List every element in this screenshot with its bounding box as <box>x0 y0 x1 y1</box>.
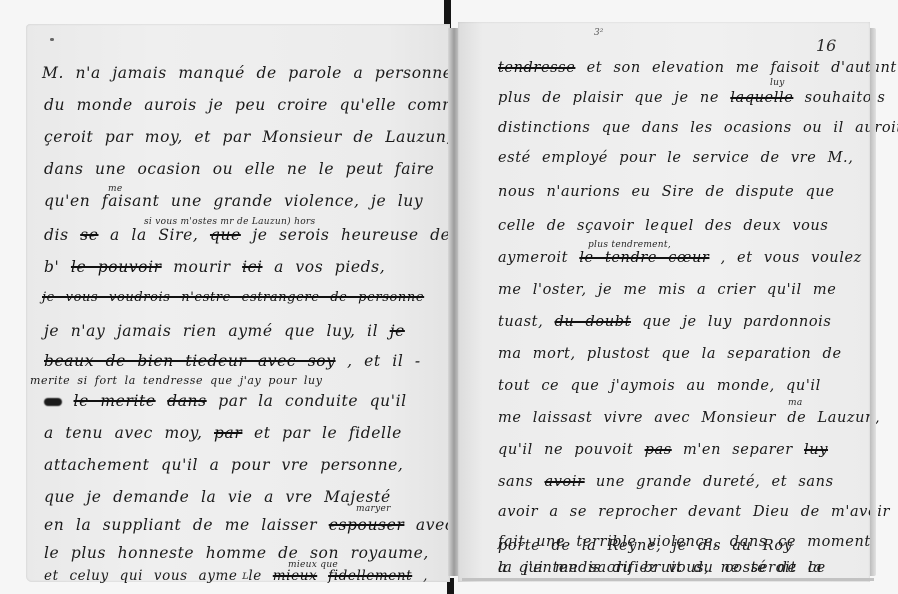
interlinear-insert: maryer <box>356 504 391 514</box>
text-line: çeroit par moy, et par Monsieur de Lauzu… <box>44 128 452 146</box>
text-line: sans avoir une grande dureté, et sans <box>498 474 834 490</box>
struck-text: beaux de bien tiedeur avec soy <box>44 352 336 370</box>
struck-text: le merite <box>74 392 156 410</box>
text-line: avoir a se reprocher devant Dieu de m'av… <box>498 504 890 520</box>
struck-text: avoir <box>545 474 585 490</box>
page-edge <box>870 28 876 576</box>
text-line: M. n'a jamais manqué de parole a personn… <box>42 64 453 82</box>
struck-text: je vous voudrois n'estre estrangere de p… <box>42 290 424 305</box>
struck-text: laquelle <box>730 90 793 106</box>
manuscript-spread: M. n'a jamais manqué de parole a personn… <box>0 0 898 594</box>
text-line: dans une ocasion ou elle ne le peut fair… <box>44 160 434 178</box>
right-page: 3² 16 tendresse et son elevation me fais… <box>458 22 870 582</box>
ink-blot <box>44 398 62 406</box>
struck-text: fidellement <box>328 568 412 584</box>
text-line: que je demande la vie a vre Majesté <box>44 488 391 506</box>
left-page-text: M. n'a jamais manqué de parole a personn… <box>26 24 450 582</box>
interlinear-insert-line: merite si fort la tendresse que j'ay pou… <box>30 374 323 387</box>
text-line: attachement qu'il a pour vre personne, <box>44 456 403 474</box>
page-bottom-edge <box>462 578 874 581</box>
text-line: distinctions que dans les ocasions ou il… <box>498 120 898 136</box>
struck-text: luy <box>804 442 828 458</box>
text-line: me laissast vivre avec Monsieur de Lauzu… <box>498 410 880 426</box>
struck-text: mieux <box>273 568 317 584</box>
left-page: M. n'a jamais manqué de parole a personn… <box>26 24 450 582</box>
text-line: qu'en faisant une grande violence, je lu… <box>44 192 423 210</box>
struck-text: tendresse <box>498 60 575 76</box>
text-line: a qui me sacrifiez vous, ne seroit ce <box>498 560 826 576</box>
struck-text: le pouvoir <box>71 258 162 276</box>
interlinear-insert: plus tendrement, <box>588 240 671 250</box>
text-line: je n'ay jamais rien aymé que luy, il je <box>44 322 405 340</box>
text-line: tuast, du doubt que je luy pardonnois <box>498 314 831 330</box>
right-page-text: tendresse et son elevation me faisoit d'… <box>458 22 870 582</box>
struck-text: dans <box>167 392 207 410</box>
struck-text: ici <box>242 258 262 276</box>
text-line: dis se a la Sire, que je serois heureuse… <box>44 226 450 244</box>
text-line: nous n'aurions eu Sire de dispute que <box>498 184 835 200</box>
struck-text: par <box>214 424 242 442</box>
text-line: tendresse et son elevation me faisoit d'… <box>498 60 897 76</box>
text-line: le plus honneste homme de son royaume, <box>44 544 429 562</box>
catchword-mark: ʟ <box>242 568 249 582</box>
struck-text: se <box>80 226 98 244</box>
text-line-struck: je vous voudrois n'estre estrangere de p… <box>42 290 424 305</box>
struck-text: espouser <box>329 516 405 534</box>
text-line: b' le pouvoir mourir ici a vos pieds, <box>44 258 385 276</box>
interlinear-insert: ma <box>788 398 803 408</box>
text-line: beaux de bien tiedeur avec soy , et il - <box>44 352 421 370</box>
text-line: qu'il ne pouvoit pas m'en separer luy <box>498 442 828 458</box>
struck-text: du doubt <box>555 314 632 330</box>
struck-text: je <box>390 322 405 340</box>
text-line: a tenu avec moy, par et par le fidelle <box>44 424 402 442</box>
struck-text: que <box>210 226 241 244</box>
struck-text: pas <box>645 442 672 458</box>
text-line: du monde aurois je peu croire qu'elle co… <box>44 96 478 114</box>
struck-text: le tendre cœur <box>579 250 709 266</box>
text-line: porte de la Reyne, je dis au Roy <box>498 538 792 554</box>
text-line: aymeroit le tendre cœur , et vous voulez <box>498 250 862 266</box>
text-line: et celuy qui vous ayme le mieux fidellem… <box>44 568 428 584</box>
text-line: tout ce que j'aymois au monde, qu'il <box>498 378 821 394</box>
text-line: en la suppliant de me laisser espouser a… <box>44 516 454 534</box>
text-line: ma mort, plustost que la separation de <box>498 346 842 362</box>
text-line: me l'oster, je me mis a crier qu'il me <box>498 282 836 298</box>
interlinear-insert: luy <box>770 78 785 88</box>
text-line: esté employé pour le service de vre M., <box>498 150 853 166</box>
text-line: celle de sçavoir lequel des deux vous <box>498 218 828 234</box>
text-line: le merite dans par la conduite qu'il <box>44 392 407 410</box>
text-line: plus de plaisir que je ne laquelle souha… <box>498 90 885 106</box>
